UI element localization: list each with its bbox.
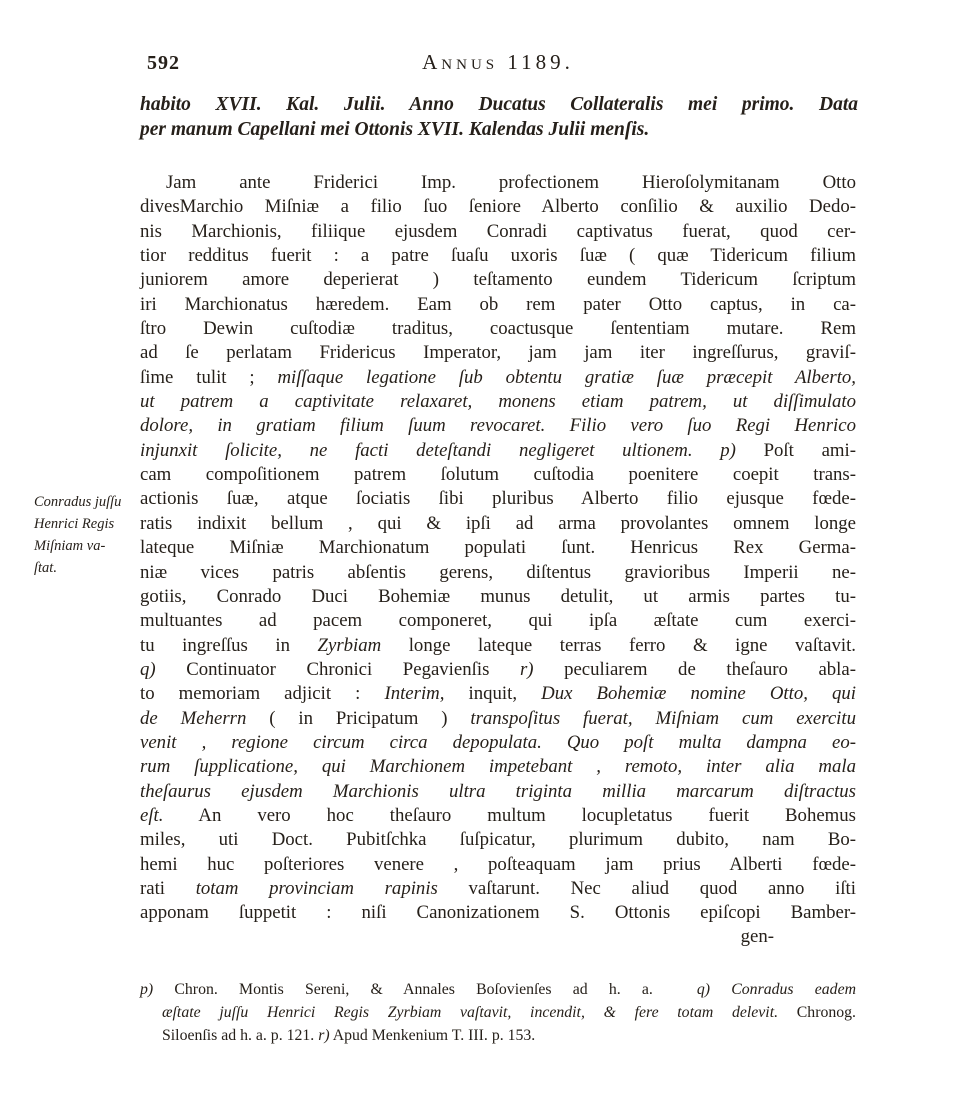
text-segment: q) <box>140 659 156 680</box>
text-segment: ſime tulit ; <box>140 367 277 388</box>
text-line: Jam ante Friderici Imp. profectionem Hie… <box>140 171 856 195</box>
text-line: Henrici Regis <box>34 513 146 535</box>
text-segment: r) <box>520 659 534 680</box>
catchword: gen- <box>140 926 856 948</box>
text-segment: Dux Bohemiæ nomine Otto, qui <box>541 683 856 704</box>
text-line: dolore, in gratiam filium ſuum revocaret… <box>140 414 856 438</box>
text-segment: An vero hoc theſauro multum locupletatus… <box>163 805 856 826</box>
text-segment: rati <box>140 878 196 899</box>
text-segment: ſtat. <box>34 560 57 576</box>
text-segment: juniorem amore deperierat ) teſtamento e… <box>140 269 856 290</box>
text-line: iri Marchionatus hæredem. Eam ob rem pat… <box>140 293 856 317</box>
text-segment: peculiarem de theſauro abla- <box>534 659 856 680</box>
text-line: ſime tulit ; miſſaque legatione ſub obte… <box>140 366 856 390</box>
text-segment: hemi huc poſteriores venere , poſteaquam… <box>140 854 856 875</box>
charter-quote-block: habito XVII. Kal. Julii. Anno Ducatus Co… <box>140 92 858 142</box>
text-segment: Henrici Regis <box>34 516 114 532</box>
text-segment: Miſniam va- <box>34 538 105 554</box>
text-line: lateque Miſniæ Marchionatum populati ſun… <box>140 536 856 560</box>
text-segment: apponam ſuppetit : niſi Canonizationem S… <box>140 902 856 923</box>
text-segment: æſtate juſſu Henrici Regis Zyrbiam vaſta… <box>162 1004 778 1021</box>
text-line: q) Continuator Chronici Pegavienſis r) p… <box>140 658 856 682</box>
text-segment: inquit, <box>444 683 541 704</box>
text-segment: theſaurus ejusdem Marchionis ultra trigi… <box>140 781 856 802</box>
text-segment: habito XVII. Kal. Julii. Anno Ducatus Co… <box>140 94 858 115</box>
text-segment: Poſt ami- <box>736 440 856 461</box>
text-segment: ſtro Dewin cuſtodiæ traditus, coactusque… <box>140 318 856 339</box>
text-line: rum ſupplicatione, qui Marchionem impete… <box>140 755 856 779</box>
text-segment: tu ingreſſus in <box>140 635 318 656</box>
text-line: Miſniam va- <box>34 535 146 557</box>
text-segment: Zyrbiam <box>318 635 382 656</box>
footnotes-block: p) Chron. Montis Sereni, & Annales Boſov… <box>140 979 856 1047</box>
text-line: eſt. An vero hoc theſauro multum locuple… <box>140 804 856 828</box>
text-segment: injunxit ſolicite, ne facti deteſtandi n… <box>140 440 736 461</box>
text-segment: Conradus juſſu <box>34 494 121 510</box>
text-line: de Meherrn ( in Pricipatum ) transpoſitu… <box>140 707 856 731</box>
text-line: hemi huc poſteriores venere , poſteaquam… <box>140 853 856 877</box>
text-line: apponam ſuppetit : niſi Canonizationem S… <box>140 901 856 925</box>
text-segment: Jam ante Friderici Imp. profectionem Hie… <box>166 172 856 193</box>
text-line: theſaurus ejusdem Marchionis ultra trigi… <box>140 780 856 804</box>
text-line: miles, uti Doct. Pubitſchka ſuſpicatur, … <box>140 828 856 852</box>
text-line: injunxit ſolicite, ne facti deteſtandi n… <box>140 439 856 463</box>
text-segment: miles, uti Doct. Pubitſchka ſuſpicatur, … <box>140 829 856 850</box>
text-segment: multuantes ad pacem componeret, qui ipſa… <box>140 610 856 631</box>
text-segment: dolore, in gratiam filium ſuum revocaret… <box>140 415 856 436</box>
text-segment: rum ſupplicatione, qui Marchionem impete… <box>140 756 856 777</box>
text-segment: miſſaque legatione ſub obtentu gratiæ ſu… <box>277 367 856 388</box>
text-segment: Siloenſis ad h. a. p. 121. <box>162 1027 318 1044</box>
text-line: ſtro Dewin cuſtodiæ traditus, coactusque… <box>140 317 856 341</box>
text-segment: q) Conradus eadem <box>697 981 856 998</box>
text-line: æſtate juſſu Henrici Regis Zyrbiam vaſta… <box>140 1002 856 1025</box>
text-line: gotiis, Conrado Duci Bohemiæ munus detul… <box>140 585 856 609</box>
text-segment: actionis ſuæ, atque ſociatis ſibi plurib… <box>140 488 856 509</box>
text-line: ut patrem a captivitate relaxaret, monen… <box>140 390 856 414</box>
text-segment: divesMarchio Miſniæ a filio ſuo ſeniore … <box>140 196 856 217</box>
text-line: p) Chron. Montis Sereni, & Annales Boſov… <box>140 979 856 1002</box>
text-line: habito XVII. Kal. Julii. Anno Ducatus Co… <box>140 92 858 117</box>
text-segment: ad ſe perlatam Fridericus Imperator, jam… <box>140 342 856 363</box>
text-line: actionis ſuæ, atque ſociatis ſibi plurib… <box>140 487 856 511</box>
text-segment: longe lateque terras ferro & igne vaſtav… <box>381 635 856 656</box>
book-page: 592 Annus 1189. habito XVII. Kal. Julii.… <box>0 0 960 1110</box>
text-line: ſtat. <box>34 557 146 579</box>
text-segment: ( in Pricipatum ) <box>269 708 470 729</box>
text-line: to memoriam adjicit : Interim, inquit, D… <box>140 682 856 706</box>
text-line: juniorem amore deperierat ) teſtamento e… <box>140 268 856 292</box>
text-line: Conradus juſſu <box>34 491 146 513</box>
text-segment: nis Marchionis, filiique ejusdem Conradi… <box>140 221 856 242</box>
text-segment: eſt. <box>140 805 163 826</box>
text-line: rati totam provinciam rapinis vaſtarunt.… <box>140 877 856 901</box>
text-line: per manum Capellani mei Ottonis XVII. Ka… <box>140 117 858 142</box>
text-segment: gotiis, Conrado Duci Bohemiæ munus detul… <box>140 586 856 607</box>
main-text-block: Jam ante Friderici Imp. profectionem Hie… <box>140 171 856 926</box>
text-segment: venit , regione circum circa depopulata.… <box>140 732 856 753</box>
text-line: Siloenſis ad h. a. p. 121. r) Apud Menke… <box>140 1025 856 1048</box>
text-segment: ratis indixit bellum , qui & ipſi ad arm… <box>140 513 856 534</box>
running-head: Annus 1189. <box>140 50 856 75</box>
text-segment: Interim, <box>384 683 444 704</box>
text-segment: ut patrem a captivitate relaxaret, monen… <box>140 391 856 412</box>
text-segment: vaſtarunt. Nec aliud quod anno iſti <box>438 878 856 899</box>
text-segment: Chronog. <box>778 1004 856 1021</box>
text-segment: per manum Capellani mei Ottonis XVII. Ka… <box>140 119 649 140</box>
text-segment: niæ vices patris abſentis gerens, diſten… <box>140 562 856 583</box>
text-segment: p) <box>140 981 153 998</box>
text-segment: lateque Miſniæ Marchionatum populati ſun… <box>140 537 856 558</box>
text-line: tu ingreſſus in Zyrbiam longe lateque te… <box>140 634 856 658</box>
text-segment: cam compoſitionem patrem ſolutum cuſtodi… <box>140 464 856 485</box>
text-line: cam compoſitionem patrem ſolutum cuſtodi… <box>140 463 856 487</box>
text-line: nis Marchionis, filiique ejusdem Conradi… <box>140 220 856 244</box>
text-segment: r) <box>318 1027 329 1044</box>
text-line: ad ſe perlatam Fridericus Imperator, jam… <box>140 341 856 365</box>
text-line: niæ vices patris abſentis gerens, diſten… <box>140 561 856 585</box>
text-segment: totam provinciam rapinis <box>196 878 438 899</box>
text-segment: transpoſitus fuerat, Miſniam cum exercit… <box>470 708 856 729</box>
text-segment: Continuator Chronici Pegavienſis <box>156 659 520 680</box>
text-segment: tior redditus fuerit : a patre ſuaſu uxo… <box>140 245 856 266</box>
text-line: tior redditus fuerit : a patre ſuaſu uxo… <box>140 244 856 268</box>
text-line: multuantes ad pacem componeret, qui ipſa… <box>140 609 856 633</box>
text-line: ratis indixit bellum , qui & ipſi ad arm… <box>140 512 856 536</box>
text-segment: de Meherrn <box>140 708 269 729</box>
text-segment: to memoriam adjicit : <box>140 683 384 704</box>
text-segment: iri Marchionatus hæredem. Eam ob rem pat… <box>140 294 856 315</box>
text-segment: Chron. Montis Sereni, & Annales Boſovien… <box>153 981 653 998</box>
text-line: venit , regione circum circa depopulata.… <box>140 731 856 755</box>
margin-note: Conradus juſſuHenrici RegisMiſniam va-ſt… <box>34 491 146 579</box>
text-line: divesMarchio Miſniæ a filio ſuo ſeniore … <box>140 195 856 219</box>
text-segment: Apud Menkenium T. III. p. 153. <box>330 1027 536 1044</box>
